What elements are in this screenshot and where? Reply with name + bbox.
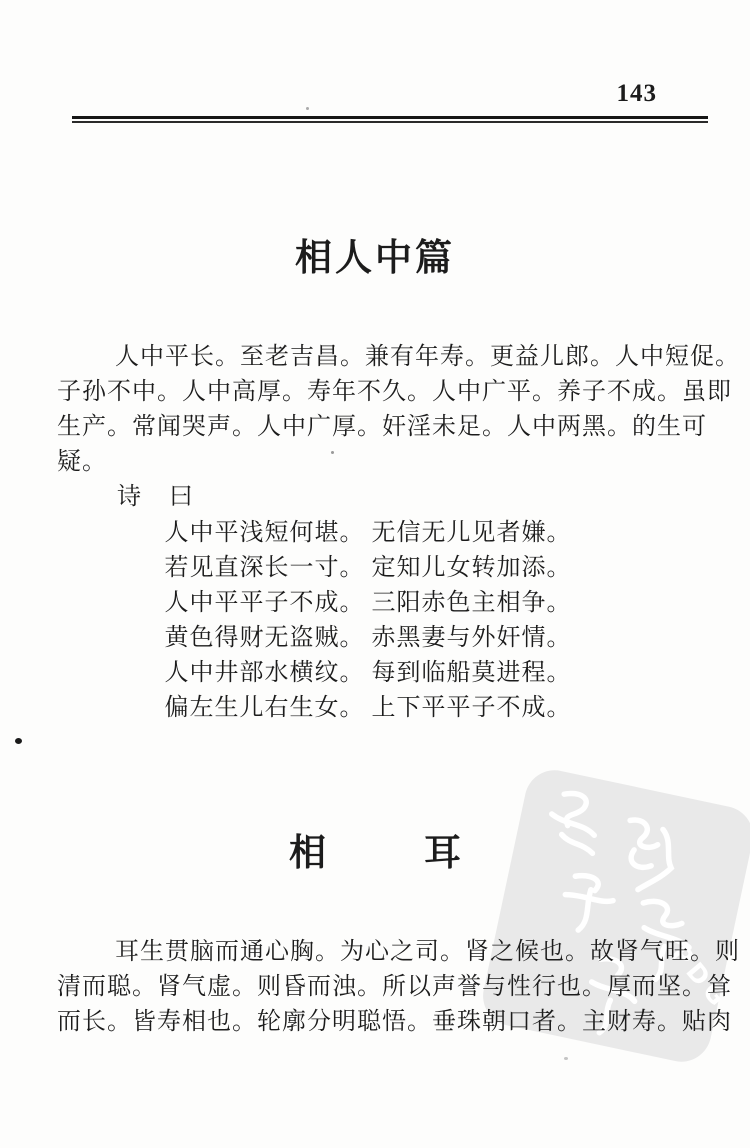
ink-speck — [564, 1057, 568, 1060]
poem-line: 偏左生儿右生女。 上下平平子不成。 — [0, 691, 736, 726]
page-number: 143 — [617, 80, 658, 108]
paragraph-line: 而长。皆寿相也。轮廓分明聪悟。垂珠朝口者。主财寿。贴肉 — [57, 1005, 698, 1040]
renzhong-poem: 人中平浅短何堪。 无信无儿见者嫌。 若见直深长一寸。 定知儿女转加添。 人中平平… — [0, 516, 736, 726]
paragraph-line: 耳生贯脑而通心胸。为心之司。肾之候也。故肾气旺。则 — [57, 935, 698, 970]
paragraph-line: 疑。 — [57, 445, 698, 480]
poem-line: 人中平浅短何堪。 无信无儿见者嫌。 — [0, 516, 736, 551]
paragraph-line: 生产。常闻哭声。人中广厚。奸淫未足。人中两黑。的生可 — [57, 410, 698, 445]
chapter-title-er: 相 耳 — [0, 822, 750, 876]
chapter-title-er-char-1: 相 — [289, 822, 326, 876]
paragraph-line: 清而聪。肾气虚。则昏而浊。所以声誉与性行也。厚而坚。耸 — [57, 970, 698, 1005]
poem-line: 人中井部水横纹。 每到临船莫进程。 — [0, 656, 736, 691]
ink-speck — [331, 451, 334, 454]
poem-line: 人中平平子不成。 三阳赤色主相争。 — [0, 586, 736, 621]
paragraph-line: 人中平长。至老吉昌。兼有年寿。更益儿郎。人中短促。 — [57, 340, 698, 375]
header-rule-top-line — [72, 116, 708, 119]
header-rule-bottom-line — [72, 121, 708, 123]
poem-line: 黄色得财无盗贼。 赤黑妻与外奸情。 — [0, 621, 736, 656]
ink-speck — [306, 107, 309, 110]
paragraph-line: 子孙不中。人中高厚。寿年不久。人中广平。养子不成。虽即 — [57, 375, 698, 410]
poem-line: 若见直深长一寸。 定知儿女转加添。 — [0, 551, 736, 586]
header-double-rule — [72, 116, 708, 124]
er-paragraph: 耳生贯脑而通心胸。为心之司。肾之候也。故肾气旺。则 清而聪。肾气虚。则昏而浊。所… — [57, 935, 698, 1040]
poem-heading: 诗 曰 — [57, 480, 698, 515]
renzhong-paragraph: 人中平长。至老吉昌。兼有年寿。更益儿郎。人中短促。 子孙不中。人中高厚。寿年不久… — [57, 340, 698, 515]
ink-speck — [15, 738, 22, 744]
seal-glyph-3 — [559, 872, 617, 936]
chapter-title-er-char-2: 耳 — [424, 822, 461, 876]
scanned-book-page: PDG 143 相人中篇 人中平长。至老吉昌。兼有年寿。更益儿郎。人中短促。 子… — [0, 0, 750, 1148]
chapter-title-renzhong: 相人中篇 — [0, 227, 750, 281]
